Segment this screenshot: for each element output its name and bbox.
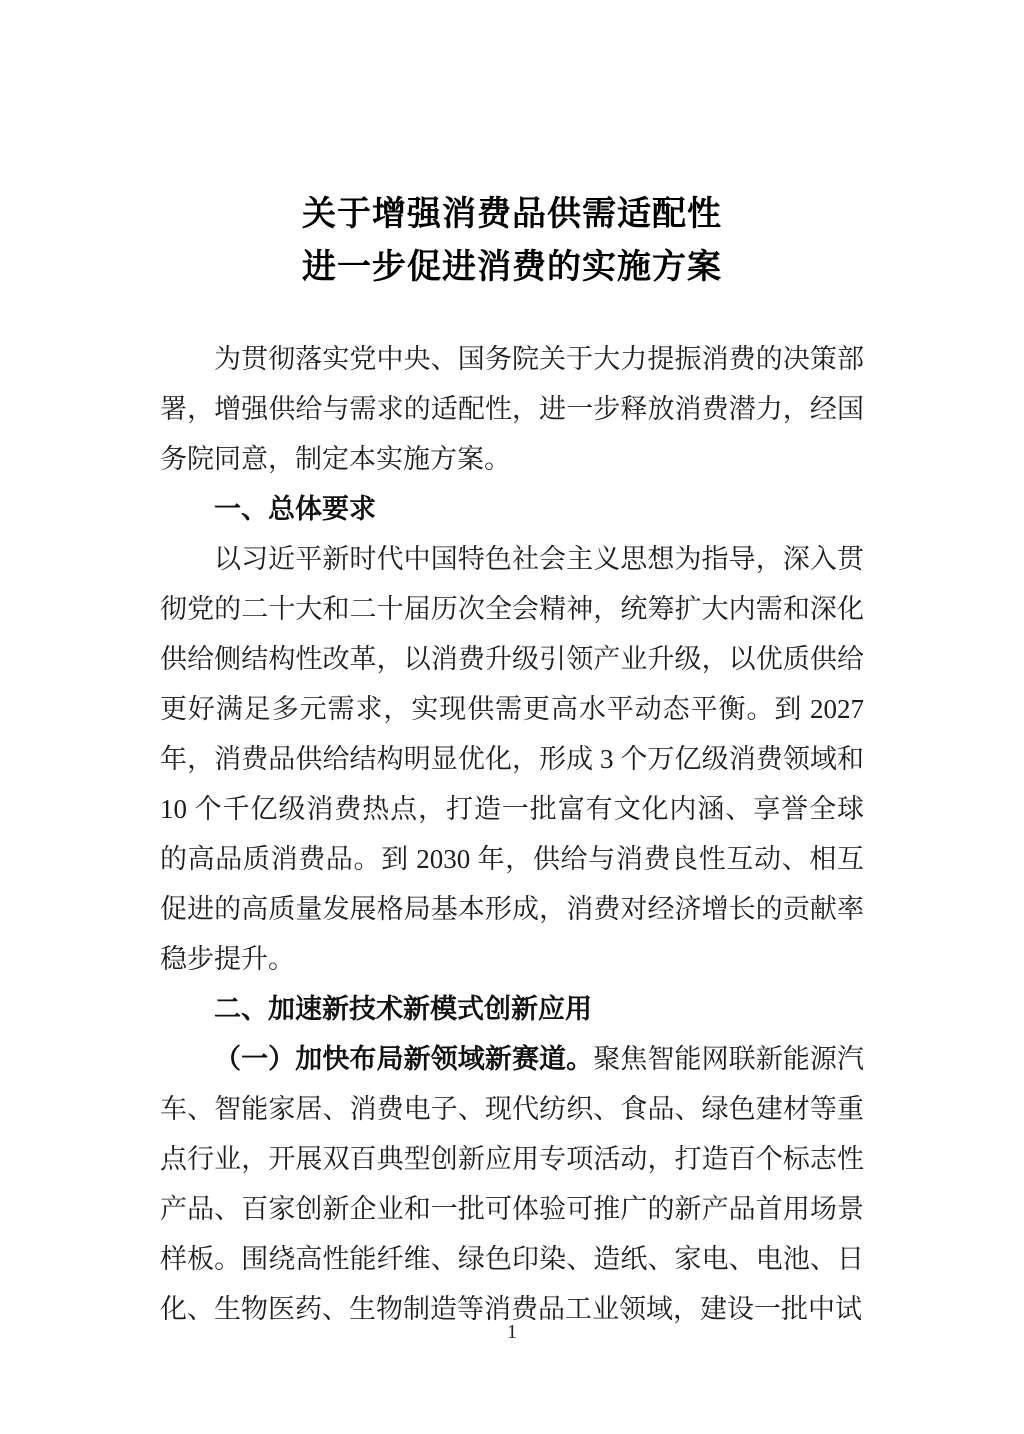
clause-1-lead: （一）加快布局新领域新赛道。	[214, 1044, 593, 1074]
section-2-heading: 二、加速新技术新模式创新应用	[160, 984, 864, 1034]
title-line-2: 进一步促进消费的实施方案	[302, 249, 722, 286]
intro-paragraph: 为贯彻落实党中央、国务院关于大力提振消费的决策部署，增强供给与需求的适配性，进一…	[160, 334, 864, 484]
section-1-heading: 一、总体要求	[160, 484, 864, 534]
section-1-body: 以习近平新时代中国特色社会主义思想为指导，深入贯彻党的二十大和二十届历次全会精神…	[160, 534, 864, 984]
page-number: 1	[0, 1321, 1024, 1344]
title-line-1: 关于增强消费品供需适配性	[302, 196, 722, 233]
document-page: 关于增强消费品供需适配性 进一步促进消费的实施方案 为贯彻落实党中央、国务院关于…	[0, 0, 1024, 1434]
document-content: 关于增强消费品供需适配性 进一步促进消费的实施方案 为贯彻落实党中央、国务院关于…	[0, 0, 1024, 1334]
document-title: 关于增强消费品供需适配性 进一步促进消费的实施方案	[160, 188, 864, 294]
clause-1-body: 聚焦智能网联新能源汽车、智能家居、消费电子、现代纺织、食品、绿色建材等重点行业，…	[160, 1044, 864, 1324]
clause-1-paragraph: （一）加快布局新领域新赛道。聚焦智能网联新能源汽车、智能家居、消费电子、现代纺织…	[160, 1034, 864, 1334]
